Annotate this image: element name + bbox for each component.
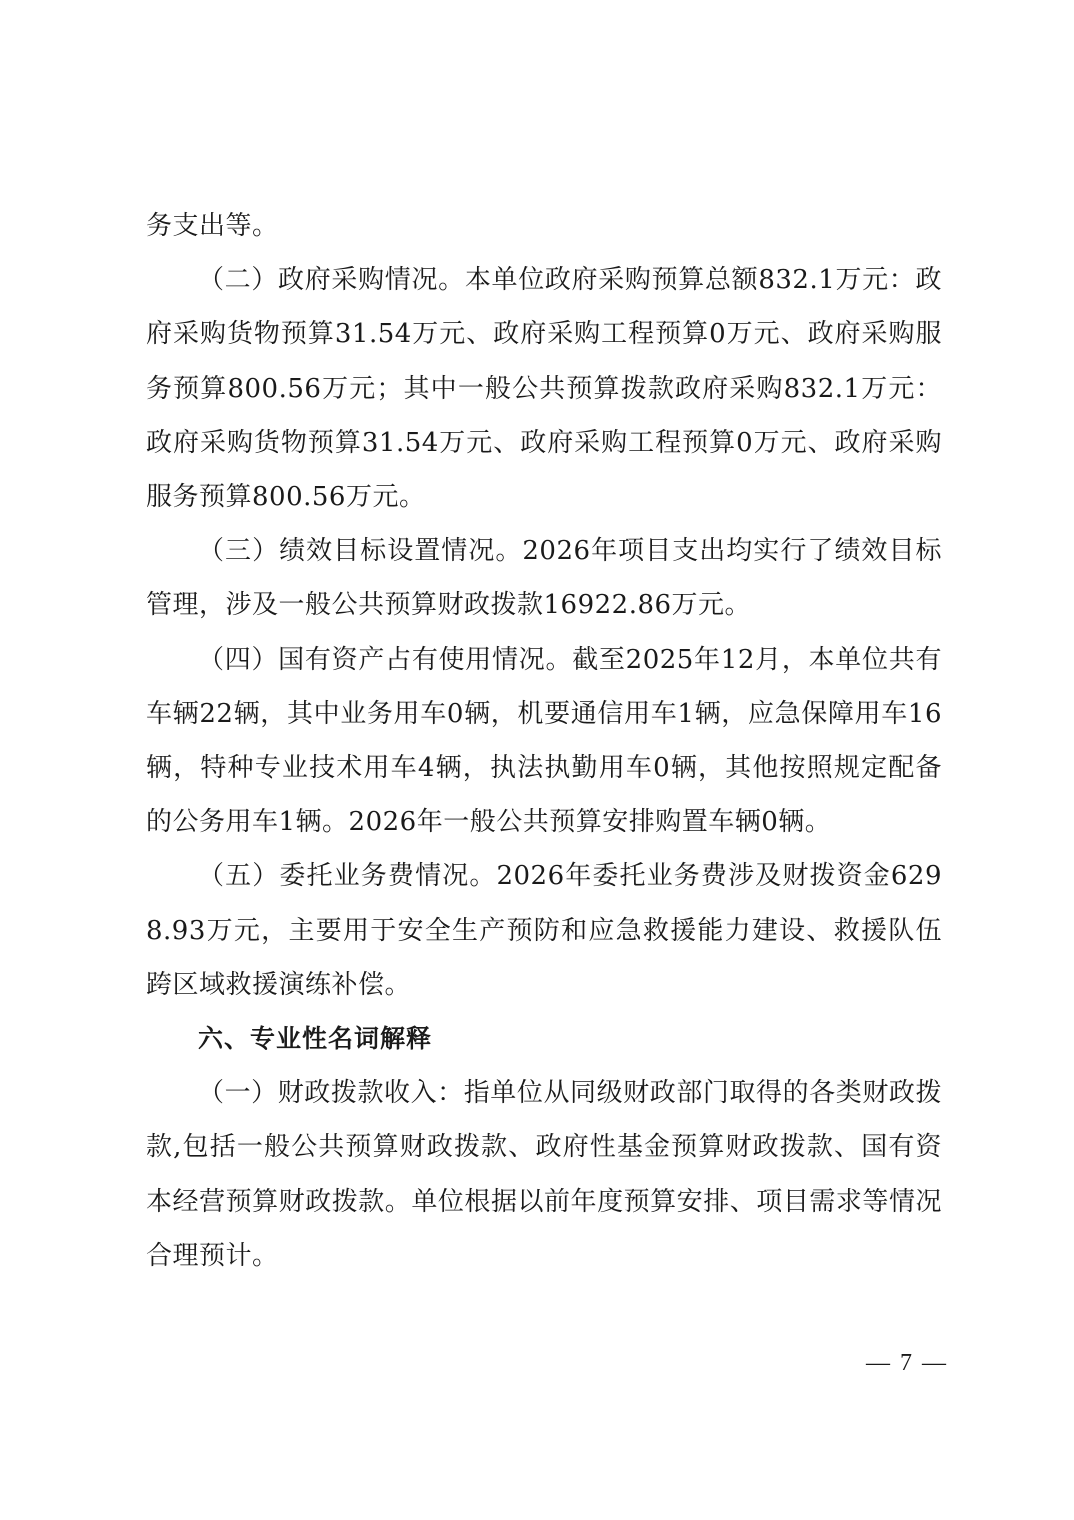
paragraph-text: 本单位政府采购预算总额832.1万元：政府采购货物预算31.54万元、政府采购工… (146, 265, 942, 512)
paragraph-lead: （五）委托业务费情况。 (198, 861, 496, 891)
paragraph-lead: （三）绩效目标设置情况。 (198, 536, 522, 566)
paragraph-performance-targets: （三）绩效目标设置情况。2026年项目支出均实行了绩效目标管理，涉及一般公共预算… (146, 524, 942, 632)
paragraph-state-assets: （四）国有资产占有使用情况。截至2025年12月，本单位共有车辆22辆，其中业务… (146, 633, 942, 850)
document-page: 务支出等。 （二）政府采购情况。本单位政府采购预算总额832.1万元：政府采购货… (146, 199, 942, 1283)
definition-term: （一）财政拨款收入： (198, 1078, 464, 1108)
paragraph-lead: （二）政府采购情况。 (198, 265, 465, 295)
paragraph-lead: （四）国有资产占有使用情况。 (198, 645, 572, 675)
paragraph-definition-fiscal-appropriation: （一）财政拨款收入：指单位从同级财政部门取得的各类财政拨款,包括一般公共预算财政… (146, 1066, 942, 1283)
paragraph-text: 务支出等。 (146, 211, 279, 241)
paragraph-commissioned-business: （五）委托业务费情况。2026年委托业务费涉及财拨资金6298.93万元，主要用… (146, 849, 942, 1012)
section-heading: 六、专业性名词解释 (146, 1012, 942, 1066)
page-number: — 7 — (866, 1350, 948, 1377)
paragraph-government-procurement: （二）政府采购情况。本单位政府采购预算总额832.1万元：政府采购货物预算31.… (146, 253, 942, 524)
paragraph-continuation: 务支出等。 (146, 199, 942, 253)
